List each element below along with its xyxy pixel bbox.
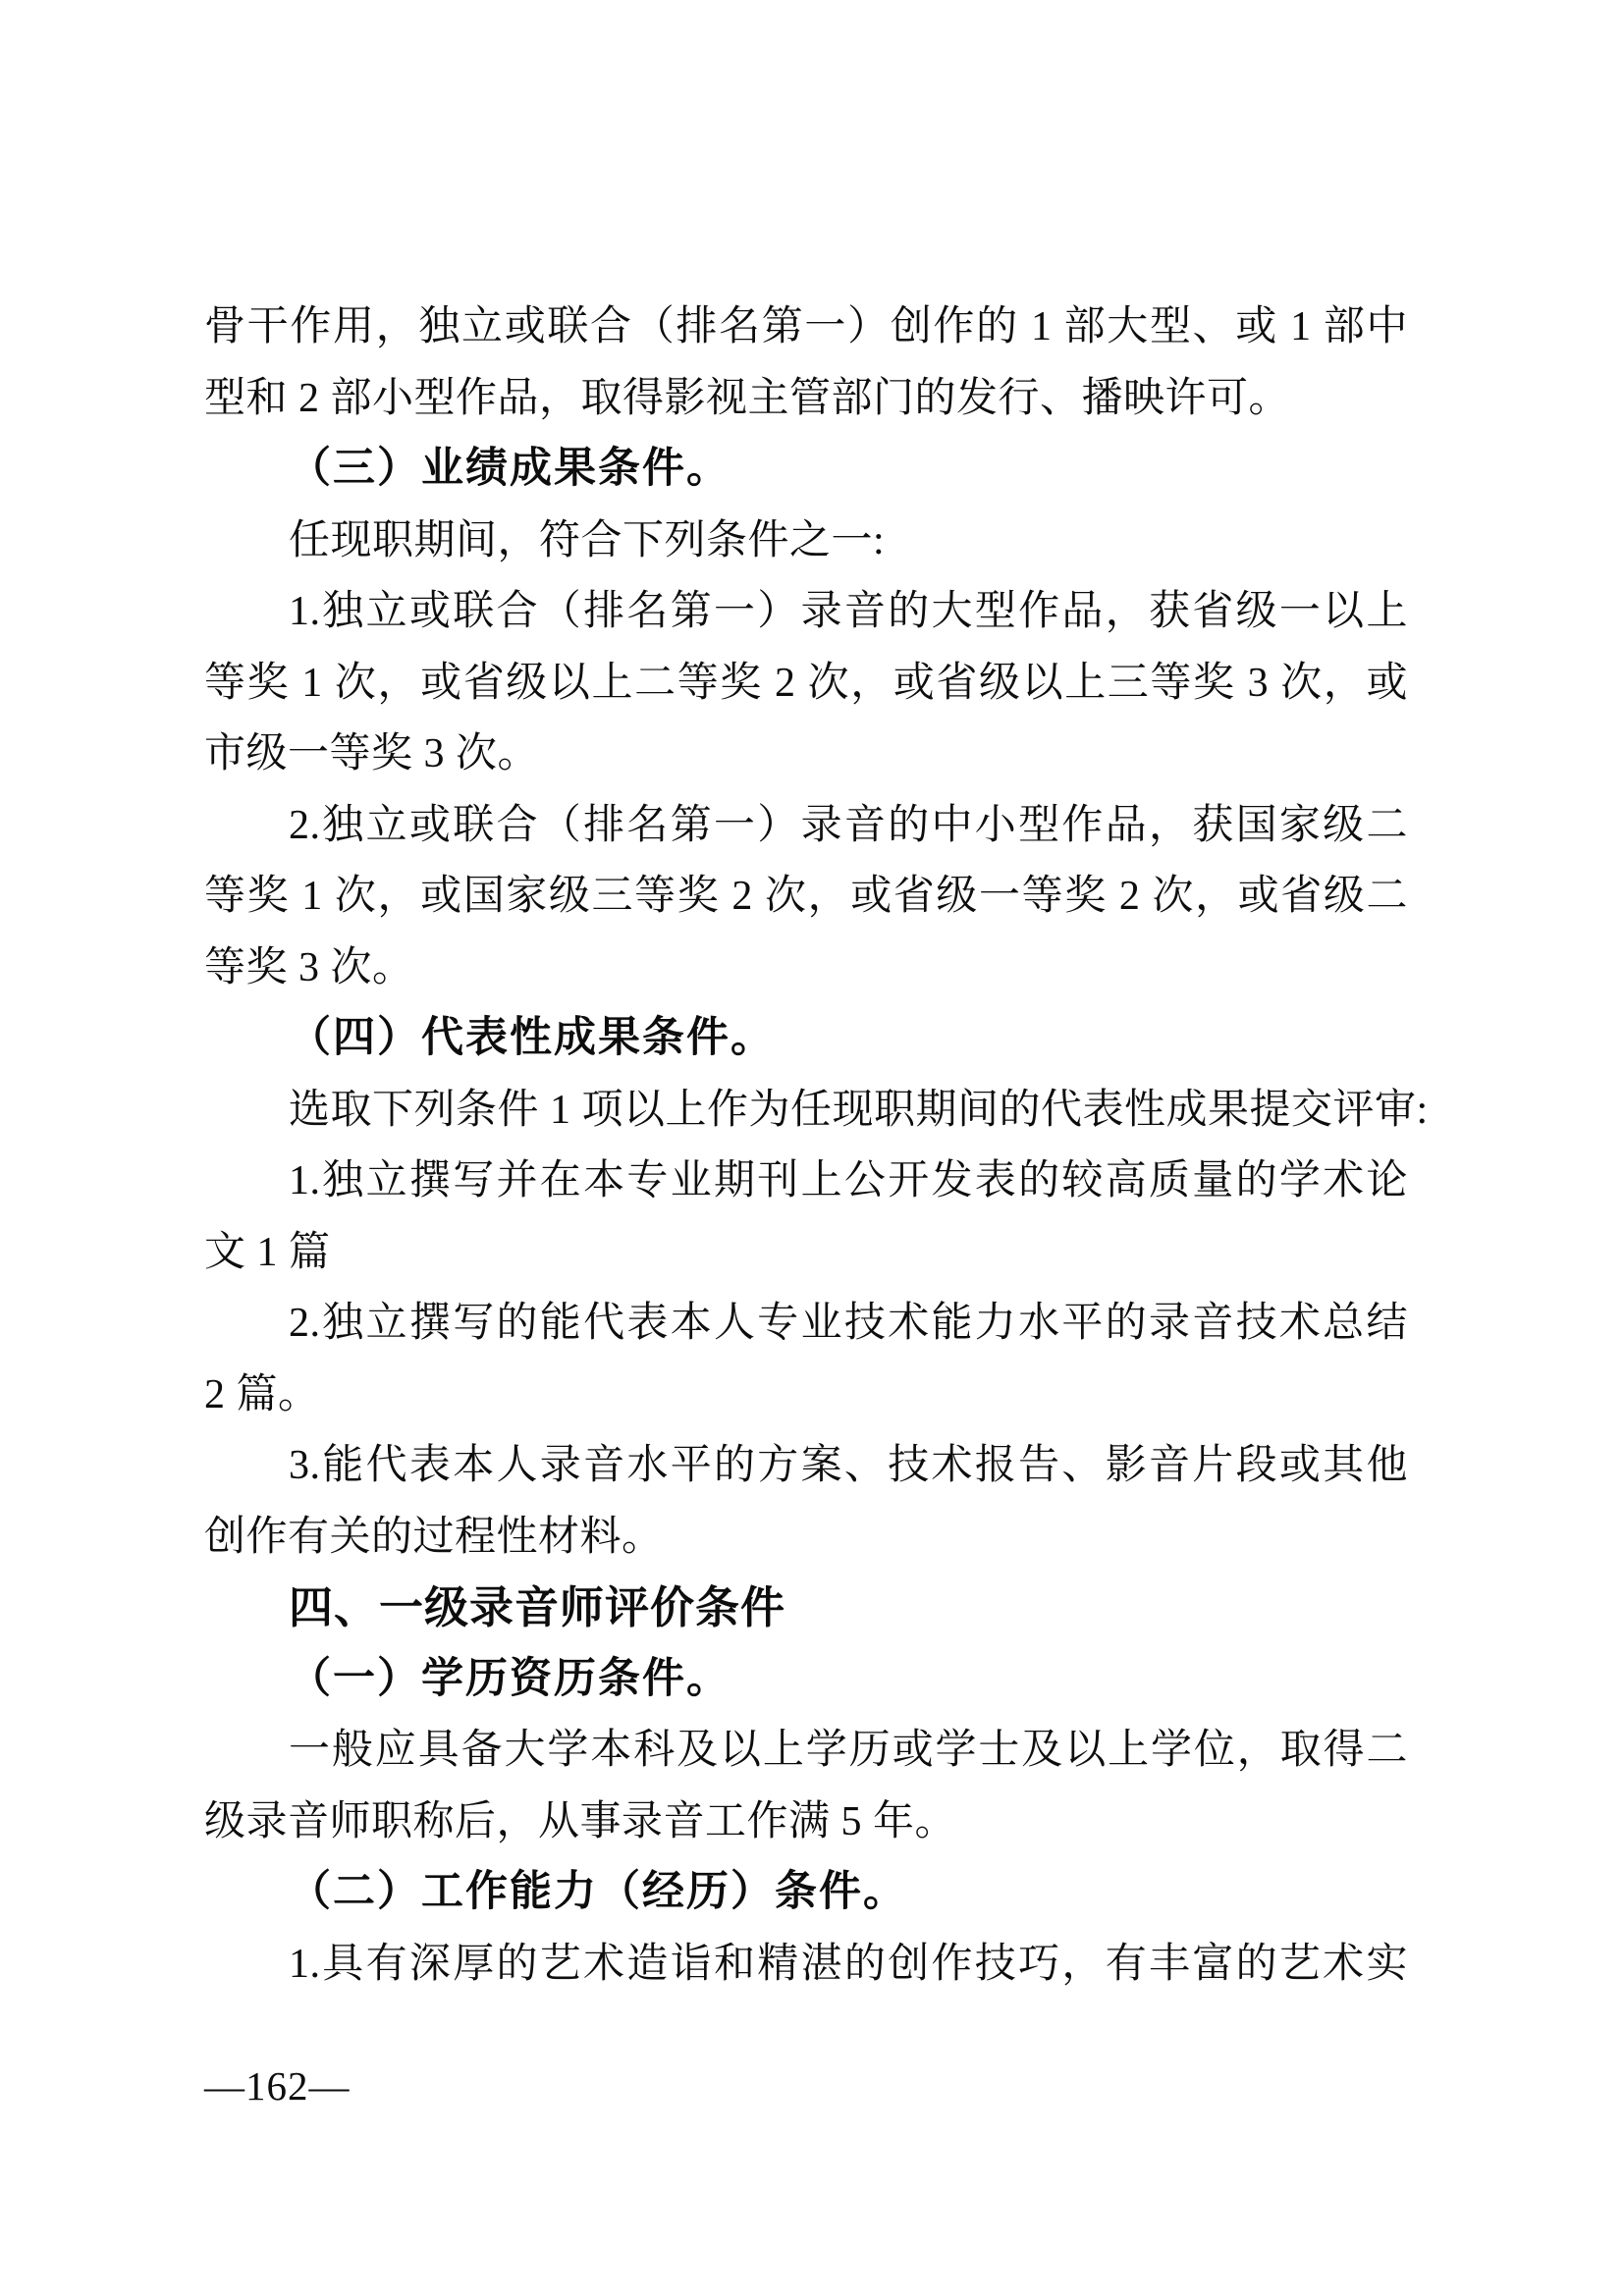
text-line: 创作有关的过程性材料。 [204,1502,1408,1574]
chapter-heading: 四、一级录音师评价条件 [204,1573,1408,1644]
text-line: 骨干作用，独立或联合（排名第一）创作的 1 部大型、或 1 部中 [204,292,1408,363]
text-line: 2.独立撰写的能代表本人专业技术能力水平的录音技术总结 [204,1288,1408,1360]
section-heading: （一）学历资历条件。 [204,1644,1408,1716]
section-heading: （二）工作能力（经历）条件。 [204,1857,1408,1929]
document-page: 骨干作用，独立或联合（排名第一）创作的 1 部大型、或 1 部中 型和 2 部小… [0,0,1623,2296]
document-text-block: 骨干作用，独立或联合（排名第一）创作的 1 部大型、或 1 部中 型和 2 部小… [204,292,1408,2000]
text-line: 2 篇。 [204,1360,1408,1431]
text-line: 市级一等奖 3 次。 [204,719,1408,790]
text-line: 1.具有深厚的艺术造诣和精湛的创作技巧，有丰富的艺术实 [204,1929,1408,2001]
text-line: 3.能代表本人录音水平的方案、技术报告、影音片段或其他 [204,1430,1408,1502]
text-line: 一般应具备大学本科及以上学历或学士及以上学位，取得二 [204,1715,1408,1787]
text-line: 文 1 篇 [204,1217,1408,1289]
text-line: 1.独立或联合（排名第一）录音的大型作品，获省级一以上 [204,576,1408,648]
page-number: —162— [204,2062,351,2109]
section-heading: （四）代表性成果条件。 [204,1003,1408,1075]
text-line: 级录音师职称后，从事录音工作满 5 年。 [204,1787,1408,1858]
text-line: 2.独立或联合（排名第一）录音的中小型作品，获国家级二 [204,790,1408,862]
text-line: 1.独立撰写并在本专业期刊上公开发表的较高质量的学术论 [204,1146,1408,1217]
text-line: 选取下列条件 1 项以上作为任现职期间的代表性成果提交评审: [204,1075,1408,1147]
text-line: 等奖 3 次。 [204,933,1408,1004]
text-line: 等奖 1 次，或省级以上二等奖 2 次，或省级以上三等奖 3 次，或 [204,648,1408,720]
text-line: 等奖 1 次，或国家级三等奖 2 次，或省级一等奖 2 次，或省级二 [204,861,1408,933]
section-heading: （三）业绩成果条件。 [204,434,1408,506]
text-line: 任现职期间，符合下列条件之一: [204,506,1408,577]
text-line: 型和 2 部小型作品，取得影视主管部门的发行、播映许可。 [204,363,1408,435]
